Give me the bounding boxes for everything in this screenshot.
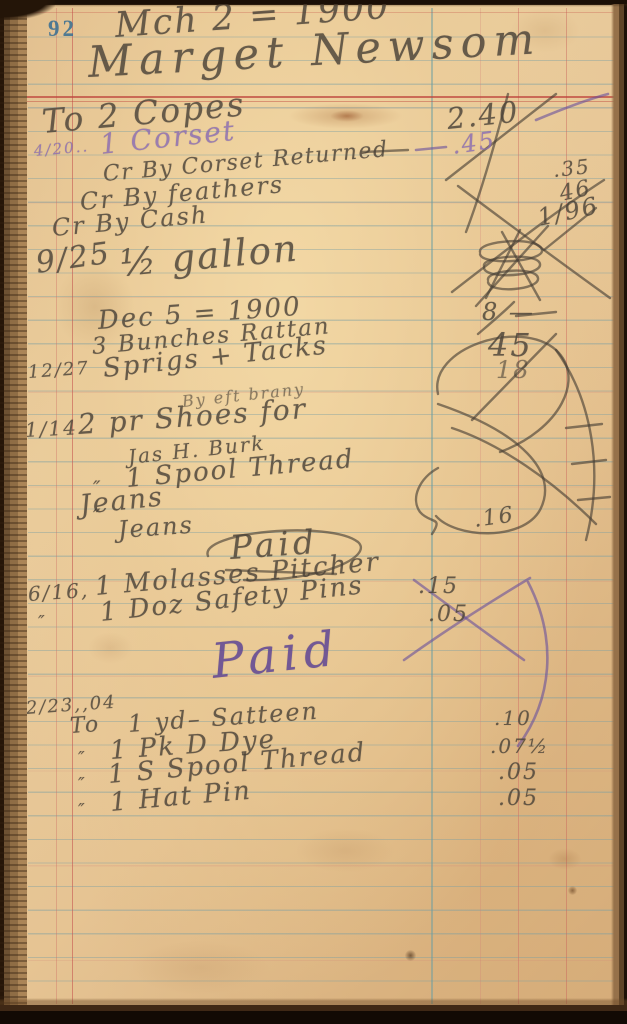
entry-amount: .10 (494, 706, 532, 730)
book-edge-right (611, 0, 627, 1024)
entry-date: 1/14 (24, 415, 78, 442)
entry-amount: .05 (498, 760, 539, 785)
entry-date: To (69, 712, 101, 739)
entry-amount: .15 (418, 574, 459, 599)
entry-date: ″ (78, 748, 87, 769)
entry-amount: 8 — (482, 298, 535, 326)
entry-date: ″ (38, 612, 47, 633)
entry-text: Jeans (117, 511, 195, 544)
book-edge-bottom (0, 998, 627, 1024)
ledger-scan: 92 Mch 2 = 1900 Marget Newsom To 2 Copes… (0, 0, 627, 1024)
entry-date: ″ (78, 774, 87, 795)
entry-date: ″ (78, 800, 87, 821)
entry-amount: .05 (428, 602, 469, 627)
book-corner-top-left (0, 0, 55, 20)
entry-date: 6/16, (27, 578, 90, 606)
book-edge-left (0, 0, 27, 1024)
entry-amount: 18 (496, 356, 531, 384)
entry-date: 12/27 (27, 358, 90, 383)
book-edge-top (0, 0, 627, 7)
entry-amount: .05 (498, 786, 539, 811)
entry-amount: .07½ (490, 734, 549, 758)
